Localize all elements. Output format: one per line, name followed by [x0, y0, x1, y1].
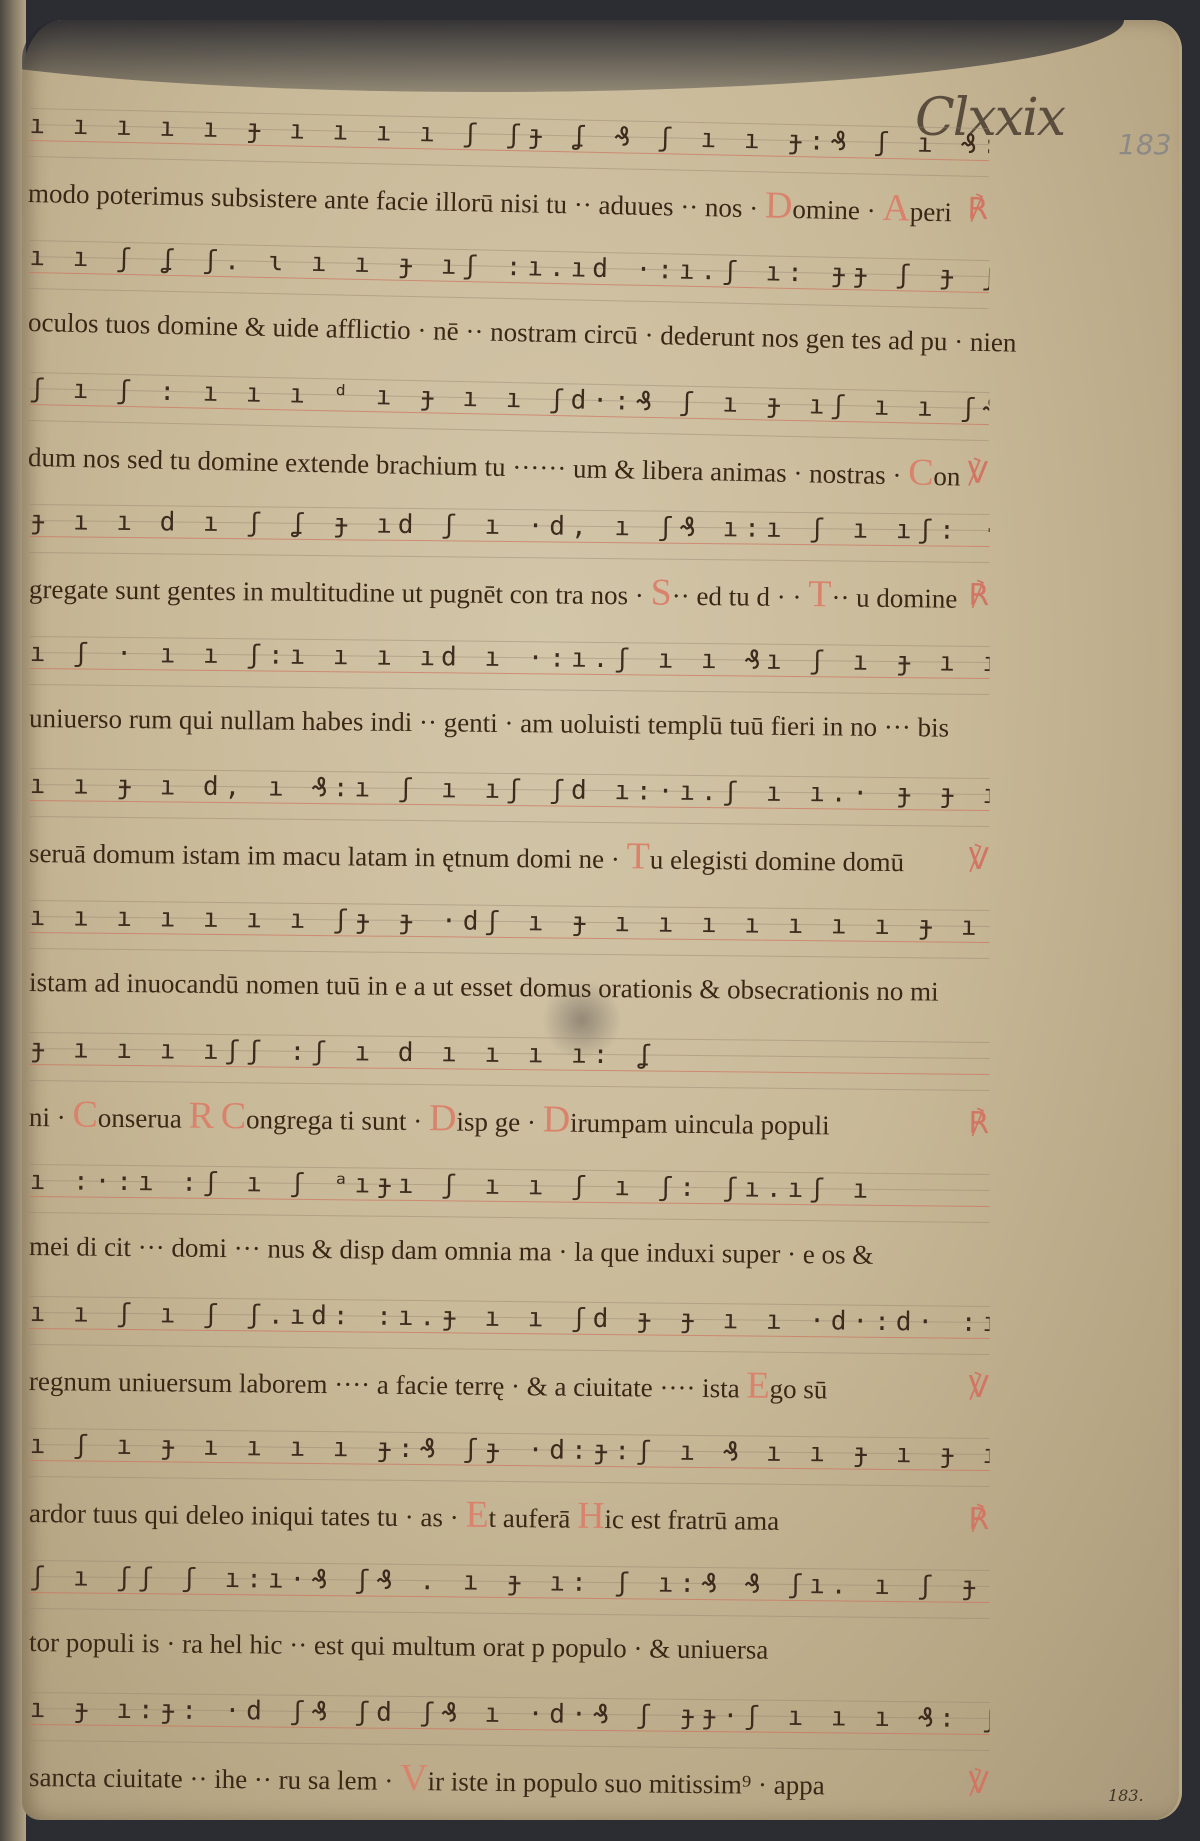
- versicle-rubric-icon: ℣: [968, 840, 989, 880]
- lyric-text: sancta ciuitate ·· ihe ·· ru sa lem ·: [29, 1762, 400, 1796]
- initial-continuation: ic est fratrū ama: [604, 1504, 779, 1536]
- responsory-rubric-icon: ℟: [968, 1104, 989, 1144]
- neume-staff: ı ı ɟ ı d, ı ₰:ı ʃ ı ıʃ ʃd ı:·ı.ʃ ı ı.· …: [29, 760, 990, 840]
- drypoint-line: [29, 1476, 989, 1487]
- red-initial: V: [400, 1757, 428, 1799]
- drypoint-line: [29, 552, 989, 563]
- neume-staff: ʃ ı ʃʃ ʃ ı:ı·₰ ʃ₰ . ı ɟ ı: ʃ ı:₰ ₰ ʃı. ı…: [29, 1552, 990, 1632]
- drypoint-line: [29, 1740, 989, 1751]
- lyric-text: tor populi is · ra hel hic ·· est qui mu…: [29, 1627, 769, 1665]
- initial-continuation: isp ge ·: [456, 1106, 543, 1137]
- red-initial: A: [882, 187, 910, 230]
- neume-staff: ɟ ı ı d ı ʃ ʆ ɟ ıd ʃ ı ·d, ı ʃ₰ ı:ı ʃ ı …: [29, 496, 990, 576]
- initial-continuation: onserua: [98, 1103, 189, 1134]
- initial-continuation: u elegisti domine domū: [650, 844, 905, 877]
- drypoint-line: [29, 1080, 989, 1091]
- red-initial: T: [626, 835, 650, 877]
- drypoint-line: [29, 1608, 989, 1619]
- neume-staff: ɟ ı ı ı ıʃʃ :ʃ ı d ı ı ı ı: ʆ: [29, 1024, 990, 1104]
- red-initial: C: [221, 1095, 247, 1137]
- chant-system: ɟ ı ı d ı ʃ ʆ ɟ ıd ʃ ı ·d, ı ʃ₰ ı:ı ʃ ı …: [29, 496, 990, 616]
- red-initial: E: [746, 1365, 770, 1407]
- neume-staff: ı ı ı ı ı ı ı ʃɟ ɟ ·dʃ ı ɟ ı ı ı ı ı ı ı…: [29, 892, 990, 972]
- lyric-text: gregate sunt gentes in multitudine ut pu…: [29, 574, 651, 611]
- red-initial: D: [543, 1098, 571, 1140]
- lyric-text: istam ad inuocandū nomen tuū in e a ut e…: [29, 967, 939, 1007]
- red-initial: S: [650, 572, 672, 614]
- lyric-text: mei di cit ··· domi ··· nus & disp dam o…: [29, 1231, 874, 1270]
- initial-continuation: irumpam uincula populi: [570, 1108, 830, 1141]
- initial-continuation: peri: [910, 196, 953, 227]
- initial-continuation: ongrega ti sunt ·: [246, 1104, 429, 1136]
- folio-number-pencil: 183: [1118, 128, 1171, 161]
- responsory-rubric-icon: ℟: [968, 576, 989, 616]
- chant-system: ı ı ɟ ı d, ı ₰:ı ʃ ı ıʃ ʃd ı:·ı.ʃ ı ı.· …: [29, 760, 990, 880]
- folio-number-bottom: 183.: [1108, 1786, 1144, 1805]
- versicle-rubric-icon: ℣: [968, 1764, 989, 1804]
- initial-continuation: ·· u domine: [831, 582, 957, 613]
- lyric-text: ni ·: [29, 1102, 73, 1132]
- drypoint-line: [29, 1212, 989, 1223]
- versicle-rubric-icon: ℣: [967, 454, 988, 494]
- red-initial: D: [765, 184, 793, 227]
- neume-staff: ı ʃ ı ɟ ı ı ı ı ɟ:₰ ʃɟ ·d:ɟ:ʃ ı ₰ ı ı ɟ …: [29, 1420, 990, 1500]
- chant-system: ı ɟ ı:ɟ: ·d ʃ₰ ʃd ʃ₰ ı ·d·₰ ʃ ɟɟ·ʃ ı ı ı…: [29, 1684, 990, 1804]
- initial-continuation: go sū: [769, 1374, 827, 1405]
- drypoint-line: [29, 948, 989, 959]
- chant-system: ı ı ʃ ʆ ʃ. ɩ ı ı ɟ ıʃ :ı.ıd ·:ı.ʃ ı: ɟɟ …: [28, 232, 990, 362]
- drypoint-line: [29, 684, 989, 695]
- chant-system: ı ı ı ı ı ɟ ı ı ı ı ʃ ʃɟ ʆ ₰ ʃ ı ı ɟ:₰ ʃ…: [28, 100, 990, 230]
- red-initial: D: [429, 1097, 457, 1139]
- lyric-text: regnum uniuersum laborem ···· a facie te…: [29, 1366, 747, 1404]
- red-initial: C: [72, 1093, 98, 1135]
- chant-system: ı :·:ı :ʃ ı ʃ ᵃıɟı ʃ ı ı ʃ ı ʃ: ʃı.ıʃ ım…: [29, 1156, 990, 1276]
- chant-system: ʃ ı ʃ : ı ı ı ᵈ ı ɟ ı ı ʃd·:₰ ʃ ı ɟ ıʃ ı…: [28, 364, 990, 494]
- neume-staff: ı ʃ · ı ı ʃ:ı ı ı ıd ı ·:ı.ʃ ı ı ₰ı ʃ ı …: [29, 628, 990, 708]
- initial-continuation: ir iste in populo suo mitissim⁹ · appa: [427, 1766, 824, 1800]
- initial-continuation: omine ·: [792, 194, 883, 226]
- red-initial: R: [188, 1095, 214, 1137]
- red-initial: C: [908, 451, 934, 494]
- chant-system: ɟ ı ı ı ıʃʃ :ʃ ı d ı ı ı ı: ʆni · Conser…: [29, 1024, 990, 1144]
- chant-system: ı ʃ ı ɟ ı ı ı ı ɟ:₰ ʃɟ ·d:ɟ:ʃ ı ₰ ı ı ɟ …: [29, 1420, 990, 1540]
- responsory-rubric-icon: ℟: [967, 190, 988, 230]
- lyric-text: seruā domum istam im macu latam in ętnum…: [29, 838, 627, 874]
- red-initial: T: [808, 573, 832, 615]
- chant-system: ı ı ʃ ı ʃ ʃ.ıd: :ı.ɟ ı ı ʃd ɟ ɟ ı ı ·d·:…: [29, 1288, 990, 1408]
- chant-system: ı ı ı ı ı ı ı ʃɟ ɟ ·dʃ ı ɟ ı ı ı ı ı ı ı…: [29, 892, 990, 1012]
- neume-staff: ı :·:ı :ʃ ı ʃ ᵃıɟı ʃ ı ı ʃ ı ʃ: ʃı.ıʃ ı: [29, 1156, 990, 1236]
- lyric-text: uniuerso rum qui nullam habes indi ·· ge…: [29, 703, 949, 743]
- neume-staff: ı ı ʃ ı ʃ ʃ.ıd: :ı.ɟ ı ı ʃd ɟ ɟ ı ı ·d·:…: [29, 1288, 990, 1368]
- initial-continuation: t auferā: [488, 1503, 577, 1534]
- chant-system: ʃ ı ʃʃ ʃ ı:ı·₰ ʃ₰ . ı ɟ ı: ʃ ı:₰ ₰ ʃı. ı…: [29, 1552, 990, 1672]
- red-initial: E: [465, 1494, 489, 1536]
- versicle-rubric-icon: ℣: [968, 1368, 989, 1408]
- initial-continuation: ·· ed tu d · ·: [672, 581, 809, 612]
- chant-system: ı ʃ · ı ı ʃ:ı ı ı ıd ı ·:ı.ʃ ı ı ₰ı ʃ ı …: [29, 628, 990, 748]
- drypoint-line: [29, 1344, 989, 1355]
- lyric-text: ardor tuus qui deleo iniqui tates tu · a…: [29, 1498, 466, 1533]
- initial-continuation: on: [933, 461, 961, 492]
- responsory-rubric-icon: ℟: [968, 1500, 989, 1540]
- neume-staff: ı ɟ ı:ɟ: ·d ʃ₰ ʃd ʃ₰ ı ·d·₰ ʃ ɟɟ·ʃ ı ı ı…: [29, 1684, 990, 1764]
- red-initial: H: [577, 1495, 605, 1537]
- drypoint-line: [29, 816, 989, 827]
